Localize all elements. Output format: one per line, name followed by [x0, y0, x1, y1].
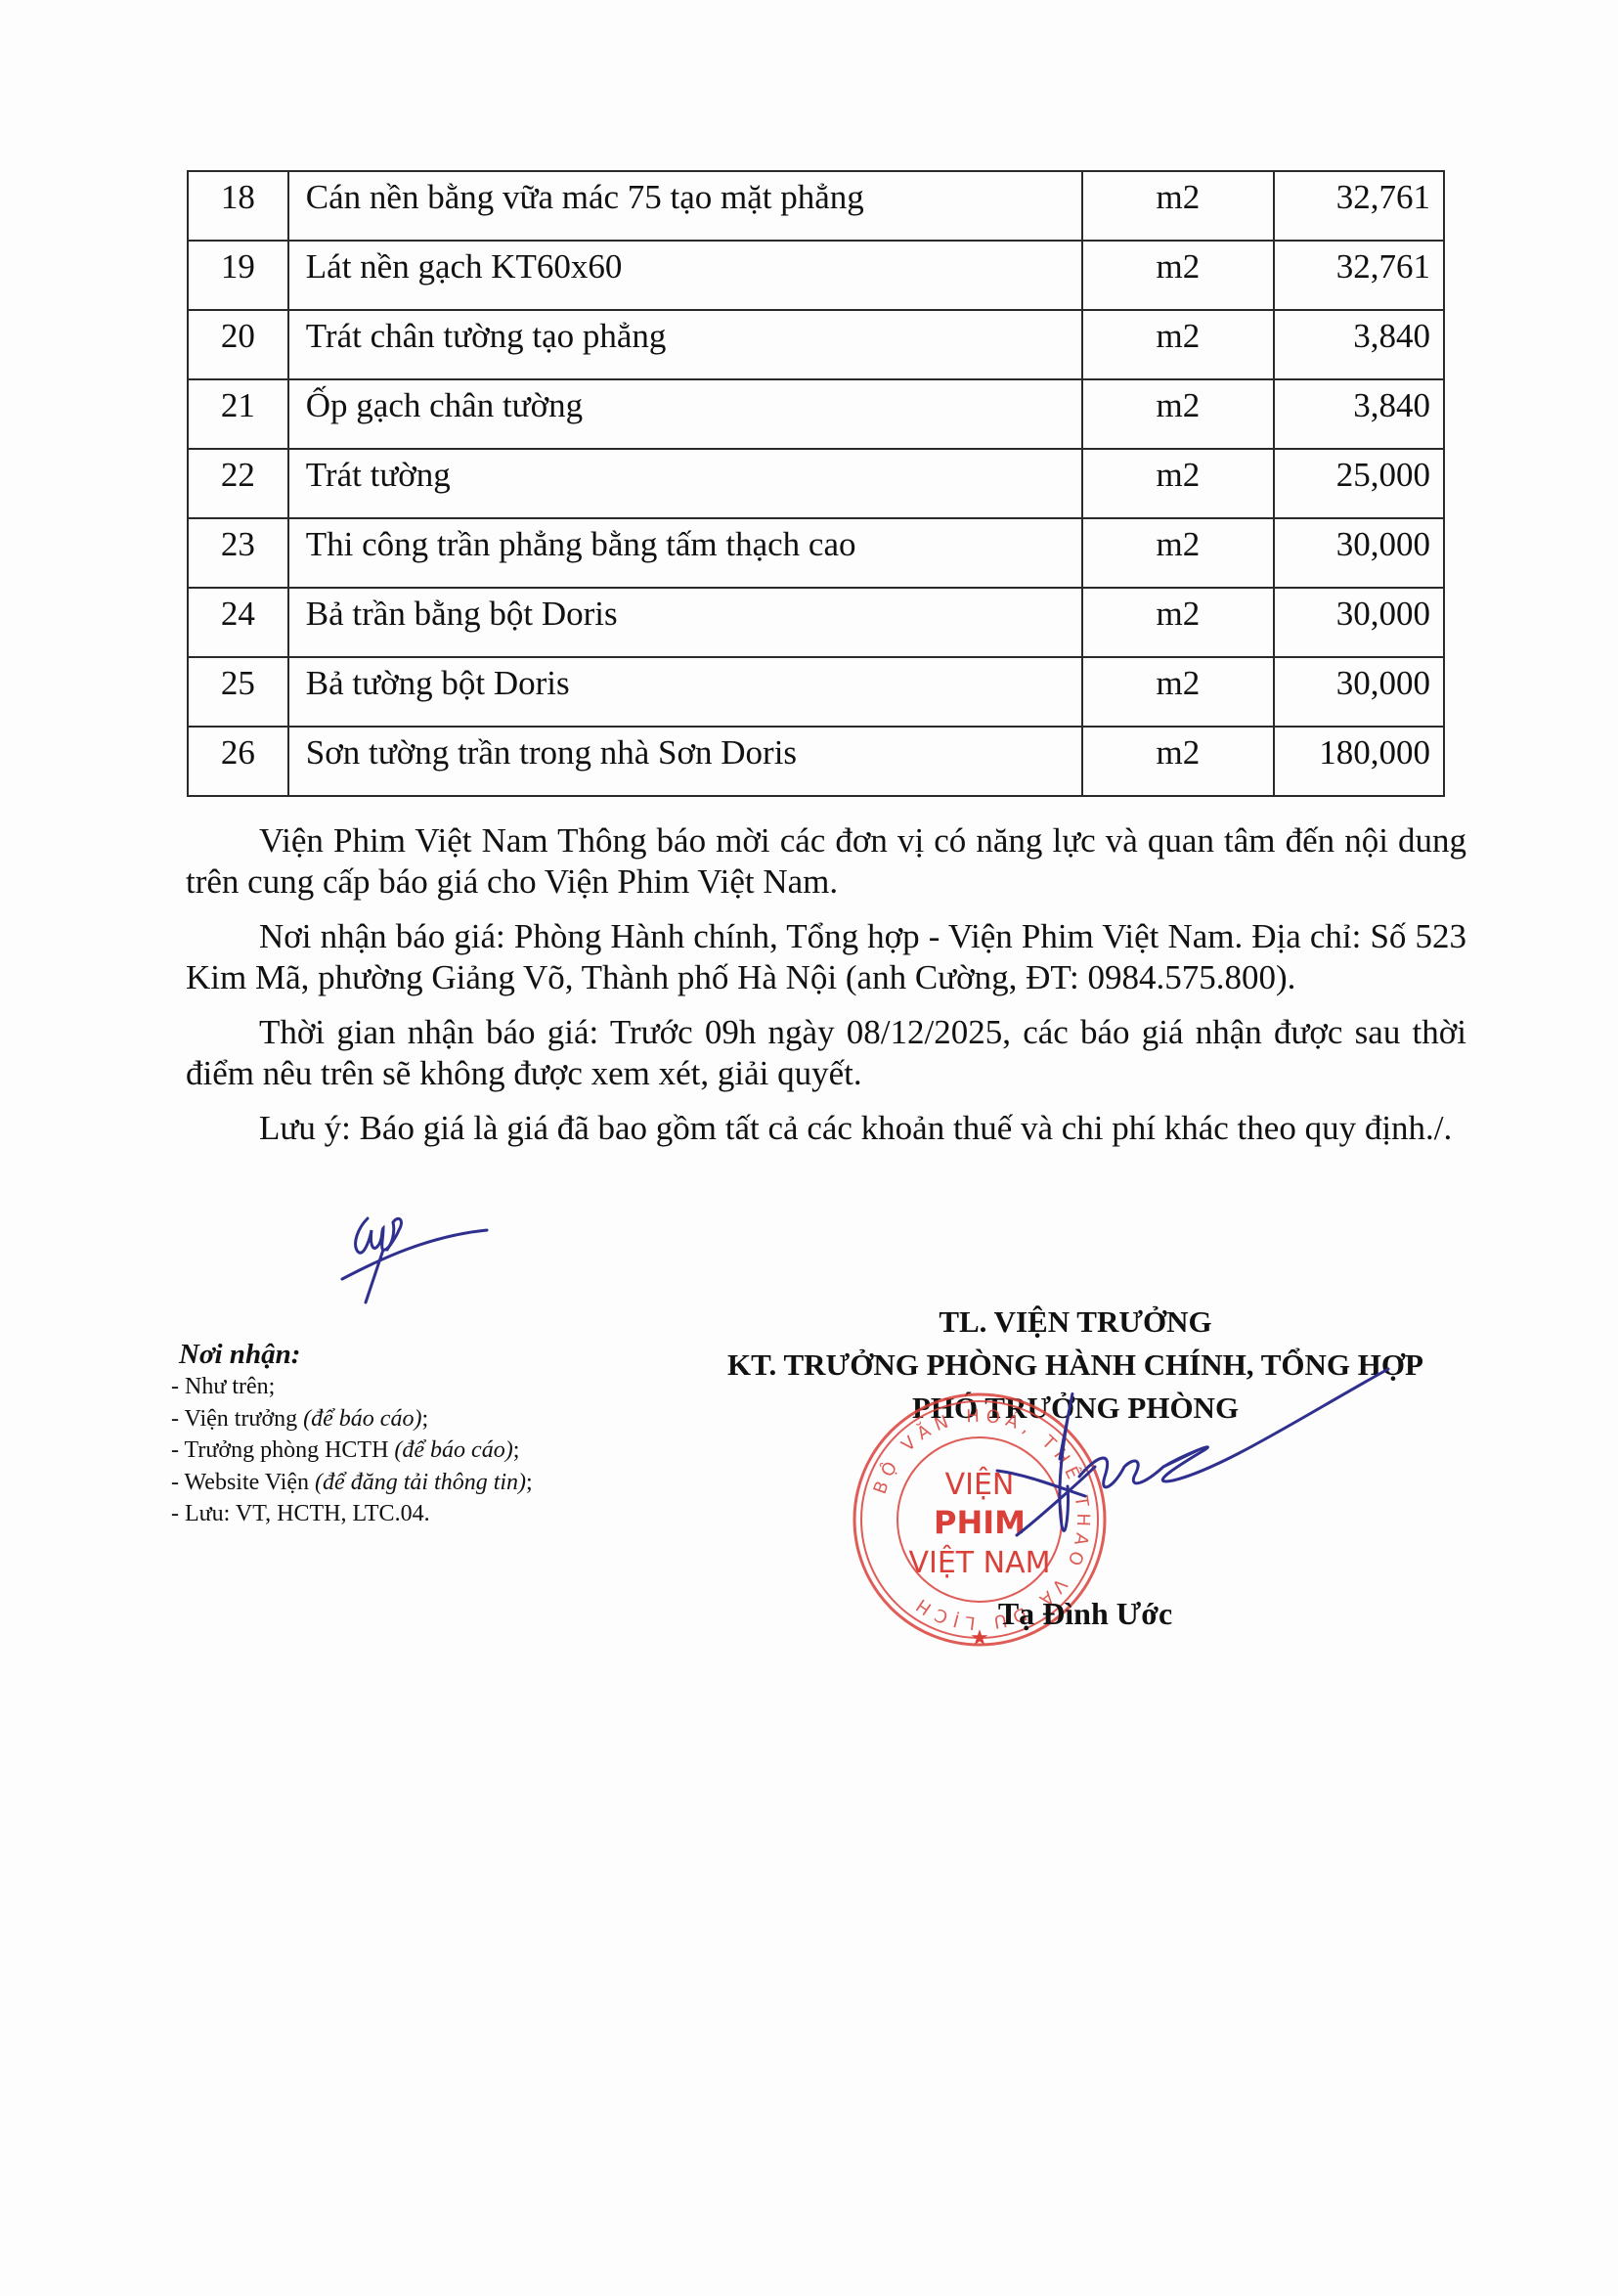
item-quantity: 30,000 — [1275, 589, 1443, 631]
item-unit-cell: m2 — [1082, 241, 1275, 310]
row-number-cell: 24 — [188, 588, 288, 657]
item-name-cell: Thi công trần phẳng bằng tấm thạch cao — [288, 518, 1082, 588]
paragraph-deadline: Thời gian nhận báo giá: Trước 09h ngày 0… — [186, 1012, 1466, 1094]
item-name: Trát chân tường tạo phẳng — [289, 311, 1081, 353]
row-number-cell: 20 — [188, 310, 288, 379]
row-number: 24 — [189, 589, 287, 631]
item-quantity: 180,000 — [1275, 728, 1443, 770]
row-number: 19 — [189, 242, 287, 284]
item-quantity-cell: 32,761 — [1274, 171, 1444, 241]
item-quantity: 3,840 — [1275, 311, 1443, 353]
row-number: 25 — [189, 658, 287, 700]
item-quantity: 32,761 — [1275, 242, 1443, 284]
row-number-cell: 25 — [188, 657, 288, 727]
item-name-cell: Ốp gạch chân tường — [288, 379, 1082, 449]
paragraph-invitation: Viện Phim Việt Nam Thông báo mời các đơn… — [186, 820, 1466, 903]
recipients-list: - Như trên;- Viện trưởng (để báo cáo);- … — [171, 1371, 679, 1530]
table-row: 25Bả tường bột Dorism230,000 — [188, 657, 1444, 727]
recipient-item: - Như trên; — [171, 1371, 679, 1403]
item-quantity-cell: 25,000 — [1274, 449, 1444, 518]
recipient-item: - Lưu: VT, HCTH, LTC.04. — [171, 1498, 679, 1530]
item-unit-cell: m2 — [1082, 310, 1275, 379]
recipient-note: (để báo cáo) — [394, 1437, 512, 1463]
item-name: Cán nền bằng vữa mác 75 tạo mặt phẳng — [289, 172, 1081, 214]
row-number-cell: 23 — [188, 518, 288, 588]
row-number-cell: 19 — [188, 241, 288, 310]
row-number: 23 — [189, 519, 287, 561]
item-unit: m2 — [1083, 658, 1274, 700]
item-name: Lát nền gạch KT60x60 — [289, 242, 1081, 284]
document-page: 18Cán nền bằng vữa mác 75 tạo mặt phẳngm… — [0, 0, 1618, 2296]
row-number: 26 — [189, 728, 287, 770]
recipient-text: - Như trên; — [171, 1374, 275, 1399]
paragraph-note: Lưu ý: Báo giá là giá đã bao gồm tất cả … — [186, 1108, 1466, 1149]
recipient-text: - Website Viện — [171, 1470, 315, 1495]
item-name-cell: Bả tường bột Doris — [288, 657, 1082, 727]
item-unit: m2 — [1083, 242, 1274, 284]
item-unit-cell: m2 — [1082, 727, 1275, 796]
signer-line-1: TL. VIỆN TRƯỞNG — [645, 1301, 1506, 1344]
item-quantity: 30,000 — [1275, 519, 1443, 561]
item-name: Bả trần bằng bột Doris — [289, 589, 1081, 631]
initial-signature-icon — [340, 1201, 497, 1308]
item-unit: m2 — [1083, 450, 1274, 492]
table-row: 21Ốp gạch chân tườngm23,840 — [188, 379, 1444, 449]
item-name: Bả tường bột Doris — [289, 658, 1081, 700]
recipients-block: Nơi nhận: - Như trên;- Viện trưởng (để b… — [171, 1338, 679, 1530]
item-name-cell: Trát chân tường tạo phẳng — [288, 310, 1082, 379]
item-quantity: 32,761 — [1275, 172, 1443, 214]
item-name-cell: Trát tường — [288, 449, 1082, 518]
item-unit-cell: m2 — [1082, 449, 1275, 518]
table-row: 23Thi công trần phẳng bằng tấm thạch cao… — [188, 518, 1444, 588]
item-name: Trát tường — [289, 450, 1081, 492]
item-unit: m2 — [1083, 728, 1274, 770]
row-number: 22 — [189, 450, 287, 492]
table-row: 24Bả trần bằng bột Dorism230,000 — [188, 588, 1444, 657]
recipient-note: (để báo cáo) — [303, 1406, 421, 1432]
paragraph-receiving-place: Nơi nhận báo giá: Phòng Hành chính, Tổng… — [186, 916, 1466, 998]
item-quantity-cell: 3,840 — [1274, 379, 1444, 449]
recipient-item: - Trưởng phòng HCTH (để báo cáo); — [171, 1435, 679, 1467]
item-name-cell: Lát nền gạch KT60x60 — [288, 241, 1082, 310]
row-number-cell: 18 — [188, 171, 288, 241]
item-quantity-cell: 180,000 — [1274, 727, 1444, 796]
recipient-item: - Viện trưởng (để báo cáo); — [171, 1403, 679, 1435]
recipient-suffix: ; — [513, 1437, 520, 1463]
item-quantity-cell: 30,000 — [1274, 518, 1444, 588]
recipients-title: Nơi nhận: — [179, 1338, 679, 1371]
item-unit: m2 — [1083, 380, 1274, 422]
item-unit: m2 — [1083, 589, 1274, 631]
recipient-item: - Website Viện (để đăng tải thông tin); — [171, 1467, 679, 1499]
item-unit: m2 — [1083, 519, 1274, 561]
item-name-cell: Cán nền bằng vữa mác 75 tạo mặt phẳng — [288, 171, 1082, 241]
item-name: Thi công trần phẳng bằng tấm thạch cao — [289, 519, 1081, 561]
item-quantity: 3,840 — [1275, 380, 1443, 422]
item-quantity: 25,000 — [1275, 450, 1443, 492]
row-number: 18 — [189, 172, 287, 214]
item-unit-cell: m2 — [1082, 588, 1275, 657]
item-unit-cell: m2 — [1082, 171, 1275, 241]
item-name: Ốp gạch chân tường — [289, 380, 1081, 422]
row-number-cell: 21 — [188, 379, 288, 449]
item-unit-cell: m2 — [1082, 657, 1275, 727]
table-row: 26Sơn tường trần trong nhà Sơn Dorism218… — [188, 727, 1444, 796]
item-unit-cell: m2 — [1082, 518, 1275, 588]
recipient-text: - Trưởng phòng HCTH — [171, 1437, 394, 1463]
recipient-suffix: ; — [421, 1406, 428, 1432]
row-number-cell: 26 — [188, 727, 288, 796]
item-quantity-cell: 30,000 — [1274, 657, 1444, 727]
table-row: 20Trát chân tường tạo phẳngm23,840 — [188, 310, 1444, 379]
table-row: 18Cán nền bằng vữa mác 75 tạo mặt phẳngm… — [188, 171, 1444, 241]
item-quantity-cell: 32,761 — [1274, 241, 1444, 310]
table-row: 19Lát nền gạch KT60x60m232,761 — [188, 241, 1444, 310]
table-row: 22Trát tườngm225,000 — [188, 449, 1444, 518]
item-unit: m2 — [1083, 172, 1274, 214]
item-unit: m2 — [1083, 311, 1274, 353]
notice-body: Viện Phim Việt Nam Thông báo mời các đơn… — [186, 820, 1466, 1163]
item-name-cell: Sơn tường trần trong nhà Sơn Doris — [288, 727, 1082, 796]
recipient-note: (để đăng tải thông tin) — [315, 1470, 526, 1495]
row-number: 21 — [189, 380, 287, 422]
signature-icon — [978, 1349, 1525, 1574]
row-number-cell: 22 — [188, 449, 288, 518]
item-quantity: 30,000 — [1275, 658, 1443, 700]
recipient-suffix: ; — [526, 1470, 533, 1495]
signer-name: Tạ Đình Ước — [939, 1594, 1232, 1633]
item-name: Sơn tường trần trong nhà Sơn Doris — [289, 728, 1081, 770]
item-name-cell: Bả trần bằng bột Doris — [288, 588, 1082, 657]
item-quantity-cell: 3,840 — [1274, 310, 1444, 379]
recipient-text: - Lưu: VT, HCTH, LTC.04. — [171, 1501, 430, 1526]
recipient-text: - Viện trưởng — [171, 1406, 303, 1432]
item-unit-cell: m2 — [1082, 379, 1275, 449]
item-quantity-cell: 30,000 — [1274, 588, 1444, 657]
row-number: 20 — [189, 311, 287, 353]
work-items-table: 18Cán nền bằng vữa mác 75 tạo mặt phẳngm… — [187, 170, 1445, 797]
